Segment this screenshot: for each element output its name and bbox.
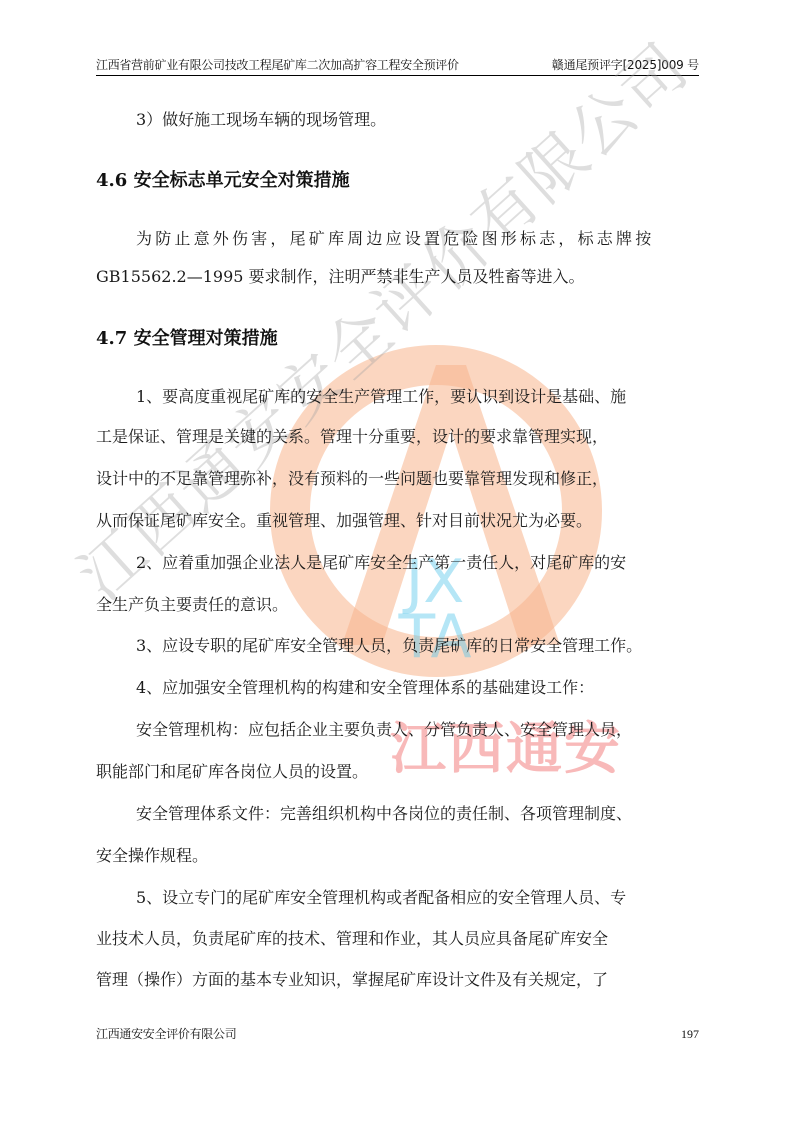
section-4-6-heading: 4.6 安全标志单元安全对策措施 — [96, 170, 350, 192]
item-5-line3: 管理（操作）方面的基本专业知识，掌握尾矿库设计文件及有关规定，了 — [96, 970, 699, 990]
item-1-line3: 设计中的不足靠管理弥补，没有预料的一些问题也要靠管理发现和修正， — [96, 469, 699, 489]
page-header: 江西省营前矿业有限公司技改工程尾矿库二次加高扩容工程安全预评价 赣通尾预评字[2… — [96, 57, 699, 76]
section-4-6-para-line2: GB15562.2—1995 要求制作，注明严禁非生产人员及牲畜等进入。 — [96, 267, 699, 287]
item-3-vehicle-management: 3）做好施工现场车辆的现场管理。 — [136, 110, 699, 130]
item-5-line1: 5、设立专门的尾矿库安全管理机构或者配备相应的安全管理人员、专 — [136, 888, 699, 908]
section-4-7-heading: 4.7 安全管理对策措施 — [96, 328, 278, 350]
item-2-line2: 全生产负主要责任的意识。 — [96, 595, 699, 615]
item-1-line4: 从而保证尾矿库安全。重视管理、加强管理、针对目前状况尤为必要。 — [96, 511, 699, 531]
item-1-line2: 工是保证、管理是关键的关系。管理十分重要，设计的要求靠管理实现， — [96, 427, 699, 447]
item-1-line1: 1、要高度重视尾矿库的安全生产管理工作，要认识到设计是基础、施 — [136, 387, 699, 407]
org-line2: 职能部门和尾矿库各岗位人员的设置。 — [96, 762, 699, 782]
header-doc-number: 赣通尾预评字[2025]009 号 — [552, 57, 699, 73]
item-4-line: 4、应加强安全管理机构的构建和安全管理体系的基础建设工作： — [136, 678, 699, 698]
page-number: 197 — [681, 1026, 699, 1042]
section-4-6-para-line1: 为防止意外伤害，尾矿库周边应设置危险图形标志，标志牌按 — [136, 229, 699, 249]
item-3-line: 3、应设专职的尾矿库安全管理人员，负责尾矿库的日常安全管理工作。 — [136, 636, 699, 656]
system-docs-line1: 安全管理体系文件：完善组织机构中各岗位的责任制、各项管理制度、 — [136, 804, 699, 824]
footer-company: 江西通安安全评价有限公司 — [96, 1026, 236, 1042]
item-5-line2: 业技术人员，负责尾矿库的技术、管理和作业，其人员应具备尾矿库安全 — [96, 929, 699, 949]
org-line1: 安全管理机构：应包括企业主要负责人、分管负责人、安全管理人员， — [136, 720, 699, 740]
header-report-title: 江西省营前矿业有限公司技改工程尾矿库二次加高扩容工程安全预评价 — [96, 57, 459, 73]
document-page: JX TA 江西通安 江西通安安全评价有限公司 江西省营前矿业有限公司技改工程尾… — [0, 0, 793, 1122]
item-2-line1: 2、应着重加强企业法人是尾矿库安全生产第一责任人，对尾矿库的安 — [136, 553, 699, 573]
system-docs-line2: 安全操作规程。 — [96, 846, 699, 866]
